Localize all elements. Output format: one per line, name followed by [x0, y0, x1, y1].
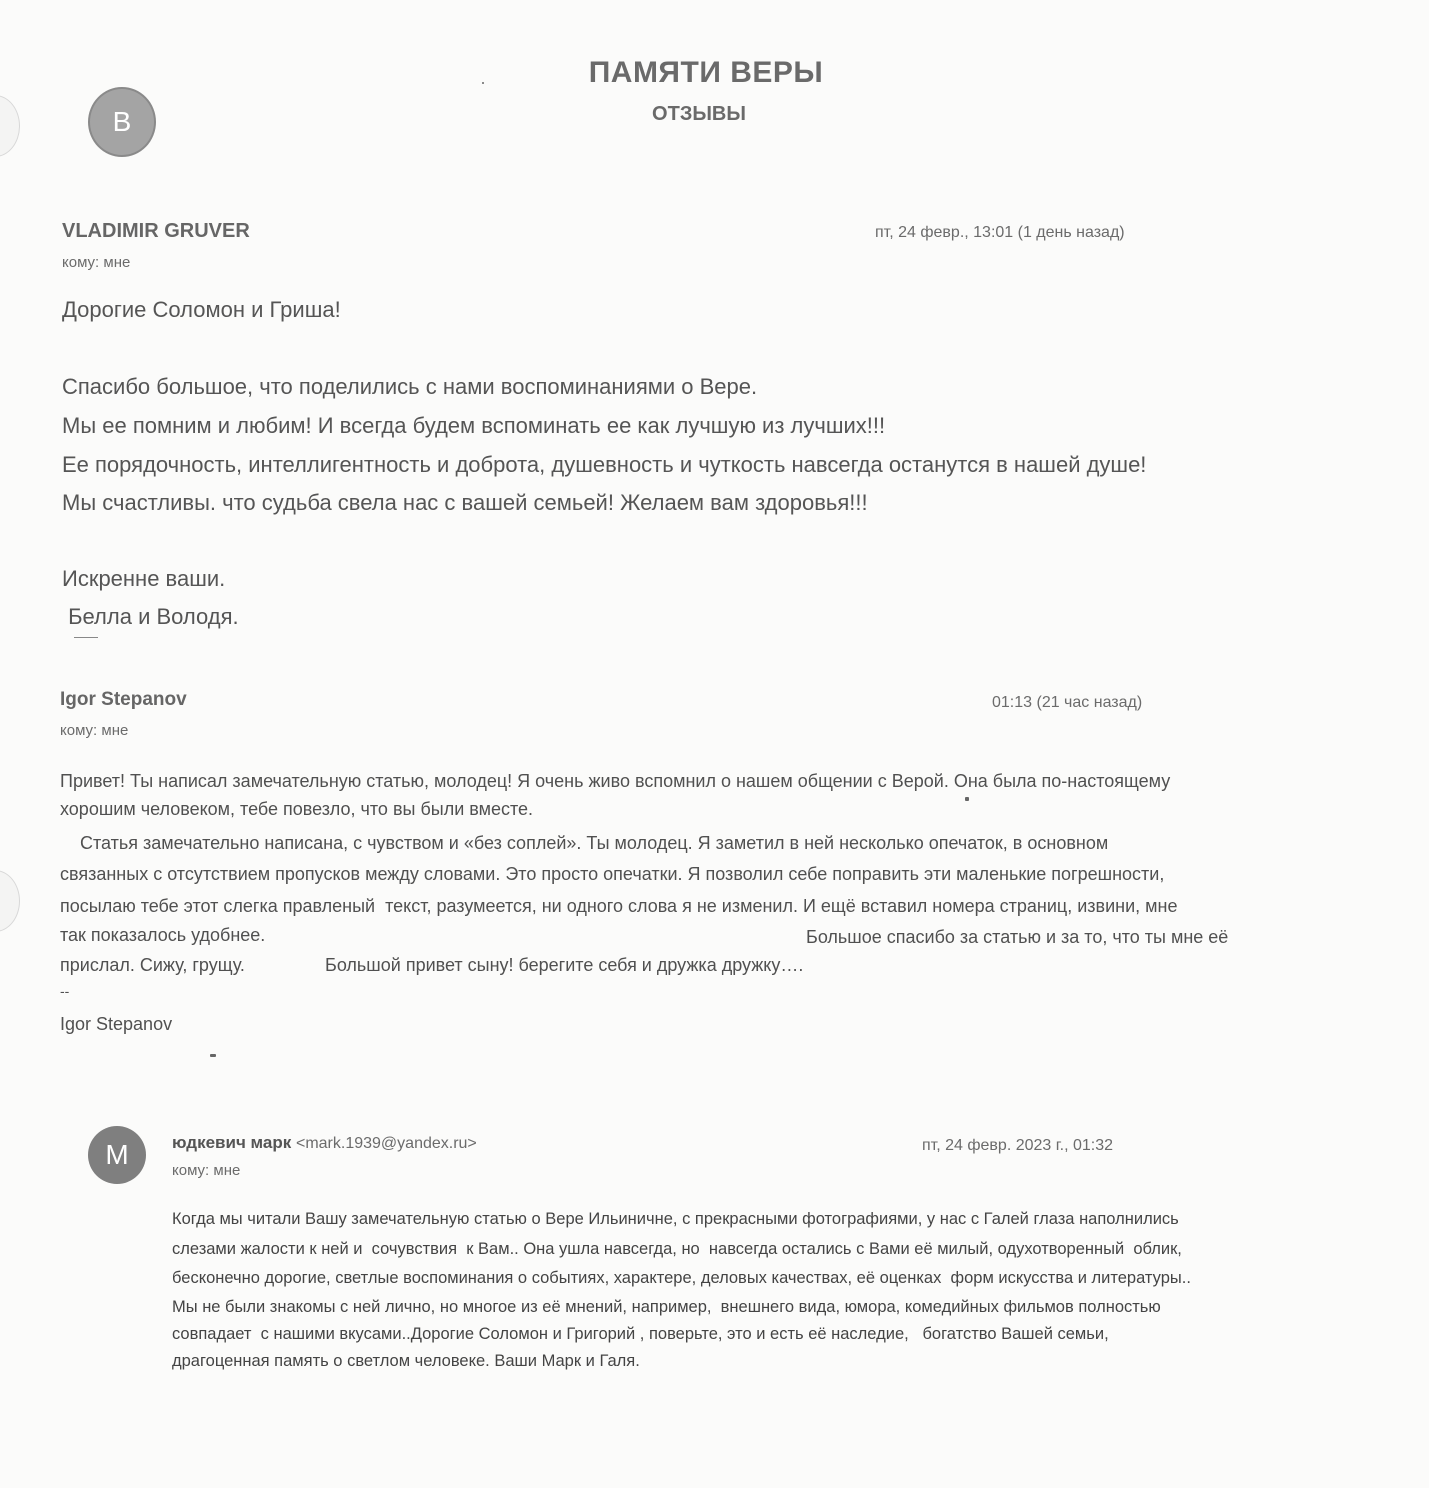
avatar: M — [88, 1126, 146, 1184]
body-line: Спасибо большое, что поделились с нами в… — [62, 374, 757, 400]
body-line: связанных с отсутствием пропусков между … — [60, 864, 1164, 885]
body-line: прислал. Сижу, грущу. — [60, 955, 245, 976]
email-date: пт, 24 февр., 13:01 (1 день назад) — [875, 224, 1125, 242]
email-date: пт, 24 февр. 2023 г., 01:32 — [922, 1137, 1113, 1155]
scan-speck — [965, 797, 969, 801]
page-title: ПАМЯТИ ВЕРЫ — [0, 56, 1412, 90]
body-line: драгоценная память о светлом человеке. В… — [172, 1352, 640, 1371]
body-line: Большое спасибо за статью и за то, что т… — [806, 927, 1228, 948]
body-line: бесконечно дорогие, светлые воспоминания… — [172, 1269, 1191, 1288]
recipient-label: кому: мне — [172, 1162, 240, 1179]
signature: Igor Stepanov — [60, 1014, 172, 1035]
sender-name: VLADIMIR GRUVER — [62, 220, 250, 243]
sender-email[interactable]: <mark.1939@yandex.ru> — [296, 1135, 477, 1152]
body-line: совпадает с нашими вкусами..Дорогие Соло… — [172, 1325, 1109, 1344]
body-line: Мы не были знакомы с ней лично, но много… — [172, 1298, 1161, 1317]
scan-speck — [482, 82, 484, 84]
signature-separator: -- — [60, 983, 69, 999]
punch-hole-mark — [0, 870, 20, 932]
body-line: слезами жалости к ней и сочувствия к Вам… — [172, 1240, 1182, 1259]
scan-speck — [210, 1054, 216, 1057]
sender-header: юдкевич марк <mark.1939@yandex.ru> — [172, 1133, 477, 1153]
body-line: Большой привет сыну! берегите себя и дру… — [325, 955, 803, 976]
sender-name: юдкевич марк — [172, 1133, 291, 1152]
signoff-line: Белла и Володя. — [62, 604, 239, 630]
email-date: 01:13 (21 час назад) — [992, 694, 1142, 712]
page-subtitle: ОТЗЫВЫ — [0, 103, 1398, 126]
body-line: Мы счастливы. что судьба свела нас с ваш… — [62, 490, 868, 516]
avatar: B — [88, 87, 156, 157]
signoff-line: Искренне ваши. — [62, 566, 225, 592]
signature-divider — [74, 637, 98, 638]
sender-name: Igor Stepanov — [60, 689, 187, 711]
recipient-label: кому: мне — [60, 722, 128, 739]
body-line: Дорогие Соломон и Гриша! — [62, 297, 341, 323]
body-line: хорошим человеком, тебе повезло, что вы … — [60, 799, 533, 820]
body-line: Статья замечательно написана, с чувством… — [60, 833, 1108, 854]
body-line: Мы ее помним и любим! И всегда будем всп… — [62, 413, 885, 439]
recipient-label: кому: мне — [62, 254, 130, 271]
body-line: Ее порядочность, интеллигентность и добр… — [62, 452, 1146, 478]
body-line: так показалось удобнее. — [60, 925, 265, 946]
body-line: Когда мы читали Вашу замечательную стать… — [172, 1210, 1179, 1229]
body-line: посылаю тебе этот слегка правленый текст… — [60, 896, 1177, 917]
body-line: Привет! Ты написал замечательную статью,… — [60, 771, 1170, 792]
